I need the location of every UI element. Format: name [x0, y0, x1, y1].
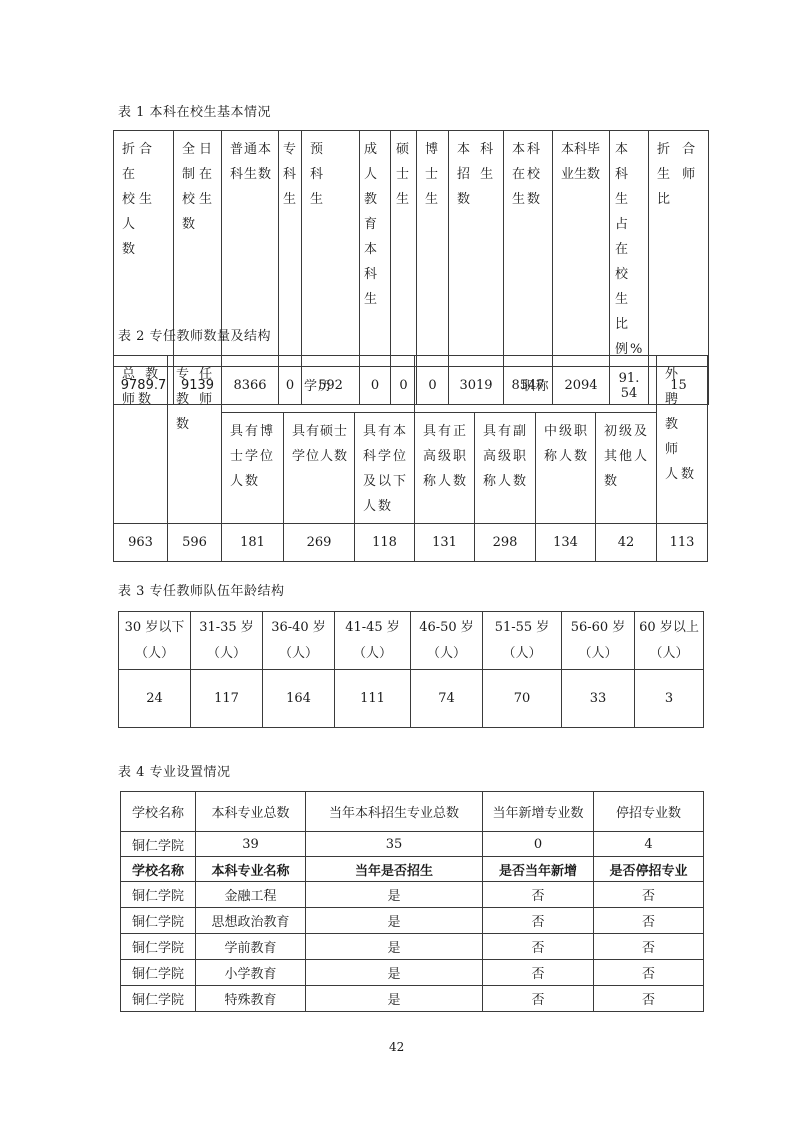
table2-value-row: 963 596 181 269 118 131 298 134 42 113: [114, 524, 708, 562]
table4-detail-header-cell: 是否停招专业: [594, 857, 704, 882]
table4-summary-header-cell: 学校名称: [121, 792, 196, 832]
table2-subheader-title: 具有正 高级职 称人数: [415, 413, 475, 524]
table4-cell-school: 铜仁学院: [121, 908, 196, 934]
table2-value-cell: 298: [475, 524, 536, 562]
table3-header-cell: 46-50 岁（人）: [411, 612, 483, 670]
table1-header-cell: 硕 士 生: [391, 131, 417, 367]
table4-cell-school: 铜仁学院: [121, 960, 196, 986]
table2-value-cell: 118: [355, 524, 415, 562]
table3-value-row: 24 117 164 111 74 70 33 3: [119, 670, 704, 728]
table4-summary-header-cell: 停招专业数: [594, 792, 704, 832]
table4-summary-header-cell: 本科专业总数: [196, 792, 306, 832]
table2-value-cell: 42: [596, 524, 657, 562]
table2-subheader-title: 具有副 高级职 称人数: [475, 413, 536, 524]
table3-value-cell: 117: [191, 670, 263, 728]
table4-summary-value-cell: 39: [196, 832, 306, 857]
table4-cell-new: 否: [483, 960, 594, 986]
table4-summary-value-cell: 0: [483, 832, 594, 857]
table4-cell-major: 学前教育: [196, 934, 306, 960]
table1-header-cell: 成人 教育 本科 生: [360, 131, 391, 367]
table1-header-cell: 专 科 生: [279, 131, 302, 367]
table1-header-cell: 本科毕 业生数: [553, 131, 610, 367]
table1-header-cell: 本科 生占 在校 生比 例%: [610, 131, 649, 367]
table4-cell-suspended: 否: [594, 986, 704, 1012]
table4-cell-enrolling: 是: [306, 934, 483, 960]
table4-cell-school: 铜仁学院: [121, 986, 196, 1012]
table4-row: 铜仁学院 学前教育 是 否 否: [121, 934, 704, 960]
table1-caption: 表 1 本科在校生基本情况: [118, 101, 271, 120]
table4-cell-new: 否: [483, 986, 594, 1012]
table4-row: 铜仁学院 特殊教育 是 否 否: [121, 986, 704, 1012]
table4-cell-suspended: 否: [594, 960, 704, 986]
table4-detail-header-row: 学校名称 本科专业名称 当年是否招生 是否当年新增 是否停招专业: [121, 857, 704, 882]
table3-value-cell: 33: [562, 670, 635, 728]
table2-fulltime-teachers: 总 教 师数 专 任 教 师 数 学历 职称 外 聘 教 师 人数 具有博 士学…: [113, 355, 708, 562]
table3-value-cell: 24: [119, 670, 191, 728]
table3-header-cell: 56-60 岁（人）: [562, 612, 635, 670]
table4-major-settings: 学校名称 本科专业总数 当年本科招生专业总数 当年新增专业数 停招专业数 铜仁学…: [120, 791, 704, 1012]
table3-header-row: 30 岁以下（人） 31-35 岁（人） 36-40 岁（人） 41-45 岁（…: [119, 612, 704, 670]
table2-subheader-education: 具有本 科学位 及以下 人数: [355, 413, 415, 524]
table4-cell-enrolling: 是: [306, 960, 483, 986]
table4-cell-major: 特殊教育: [196, 986, 306, 1012]
table4-cell-enrolling: 是: [306, 908, 483, 934]
table3-caption: 表 3 专任教师队伍年龄结构: [118, 580, 285, 599]
table2-header-fulltime-teachers: 专 任 教 师 数: [168, 356, 222, 524]
table4-caption: 表 4 专业设置情况: [118, 761, 231, 780]
table4-summary-header-cell: 当年本科招生专业总数: [306, 792, 483, 832]
table4-detail-header-cell: 是否当年新增: [483, 857, 594, 882]
table4-cell-new: 否: [483, 908, 594, 934]
table2-value-cell: 596: [168, 524, 222, 562]
table3-age-structure: 30 岁以下（人） 31-35 岁（人） 36-40 岁（人） 41-45 岁（…: [118, 611, 704, 728]
table3-value-cell: 70: [483, 670, 562, 728]
table2-header-education: 学历: [222, 356, 415, 413]
table4-row: 铜仁学院 思想政治教育 是 否 否: [121, 908, 704, 934]
table2-value-cell: 269: [284, 524, 355, 562]
table2-subheader-title: 初级及 其他人 数: [596, 413, 657, 524]
table4-cell-suspended: 否: [594, 934, 704, 960]
table1-header-cell: 本科 在校 生数: [504, 131, 553, 367]
table3-header-cell: 41-45 岁（人）: [335, 612, 411, 670]
table4-summary-value-row: 铜仁学院 39 35 0 4: [121, 832, 704, 857]
table4-detail-header-cell: 学校名称: [121, 857, 196, 882]
table1-header-cell: 预 科 生: [302, 131, 360, 367]
table4-summary-header-row: 学校名称 本科专业总数 当年本科招生专业总数 当年新增专业数 停招专业数: [121, 792, 704, 832]
table4-summary-value-cell: 铜仁学院: [121, 832, 196, 857]
table3-header-cell: 51-55 岁（人）: [483, 612, 562, 670]
table3-header-cell: 31-35 岁（人）: [191, 612, 263, 670]
table2-header-professional-title: 职称: [415, 356, 657, 413]
table3-value-cell: 74: [411, 670, 483, 728]
table2-value-cell: 181: [222, 524, 284, 562]
table2-subheader-education: 具有博 士学位 人数: [222, 413, 284, 524]
table2-header-total-teachers: 总 教 师数: [114, 356, 168, 524]
table4-cell-school: 铜仁学院: [121, 934, 196, 960]
table4-cell-enrolling: 是: [306, 986, 483, 1012]
table4-row: 铜仁学院 小学教育 是 否 否: [121, 960, 704, 986]
table2-value-cell: 113: [657, 524, 708, 562]
table4-detail-header-cell: 本科专业名称: [196, 857, 306, 882]
table2-subheader-title: 中级职 称人数: [536, 413, 596, 524]
table2-value-cell: 131: [415, 524, 475, 562]
table3-header-cell: 60 岁以上（人）: [635, 612, 704, 670]
table4-detail-header-cell: 当年是否招生: [306, 857, 483, 882]
page-number: 42: [389, 1040, 404, 1054]
table4-cell-enrolling: 是: [306, 882, 483, 908]
table1-header-cell: 折 合 生 师 比: [649, 131, 709, 367]
table1-header-cell: 博 士 生: [417, 131, 449, 367]
table3-value-cell: 164: [263, 670, 335, 728]
table4-cell-new: 否: [483, 882, 594, 908]
table4-summary-value-cell: 35: [306, 832, 483, 857]
table3-header-cell: 30 岁以下（人）: [119, 612, 191, 670]
table4-cell-suspended: 否: [594, 908, 704, 934]
table4-cell-new: 否: [483, 934, 594, 960]
table4-cell-school: 铜仁学院: [121, 882, 196, 908]
table3-value-cell: 111: [335, 670, 411, 728]
table4-summary-header-cell: 当年新增专业数: [483, 792, 594, 832]
table4-row: 铜仁学院 金融工程 是 否 否: [121, 882, 704, 908]
table2-value-cell: 134: [536, 524, 596, 562]
table3-header-cell: 36-40 岁（人）: [263, 612, 335, 670]
table4-cell-major: 金融工程: [196, 882, 306, 908]
table4-summary-value-cell: 4: [594, 832, 704, 857]
table4-cell-major: 小学教育: [196, 960, 306, 986]
table4-cell-major: 思想政治教育: [196, 908, 306, 934]
table4-cell-suspended: 否: [594, 882, 704, 908]
table2-header-external-teachers: 外 聘 教 师 人数: [657, 356, 708, 524]
table1-header-cell: 本 科 招 生 数: [449, 131, 504, 367]
table3-value-cell: 3: [635, 670, 704, 728]
table2-value-cell: 963: [114, 524, 168, 562]
table2-header-row-1: 总 教 师数 专 任 教 师 数 学历 职称 外 聘 教 师 人数: [114, 356, 708, 413]
table2-subheader-education: 具有硕士 学位人数: [284, 413, 355, 524]
table2-caption: 表 2 专任教师数量及结构: [118, 325, 271, 344]
